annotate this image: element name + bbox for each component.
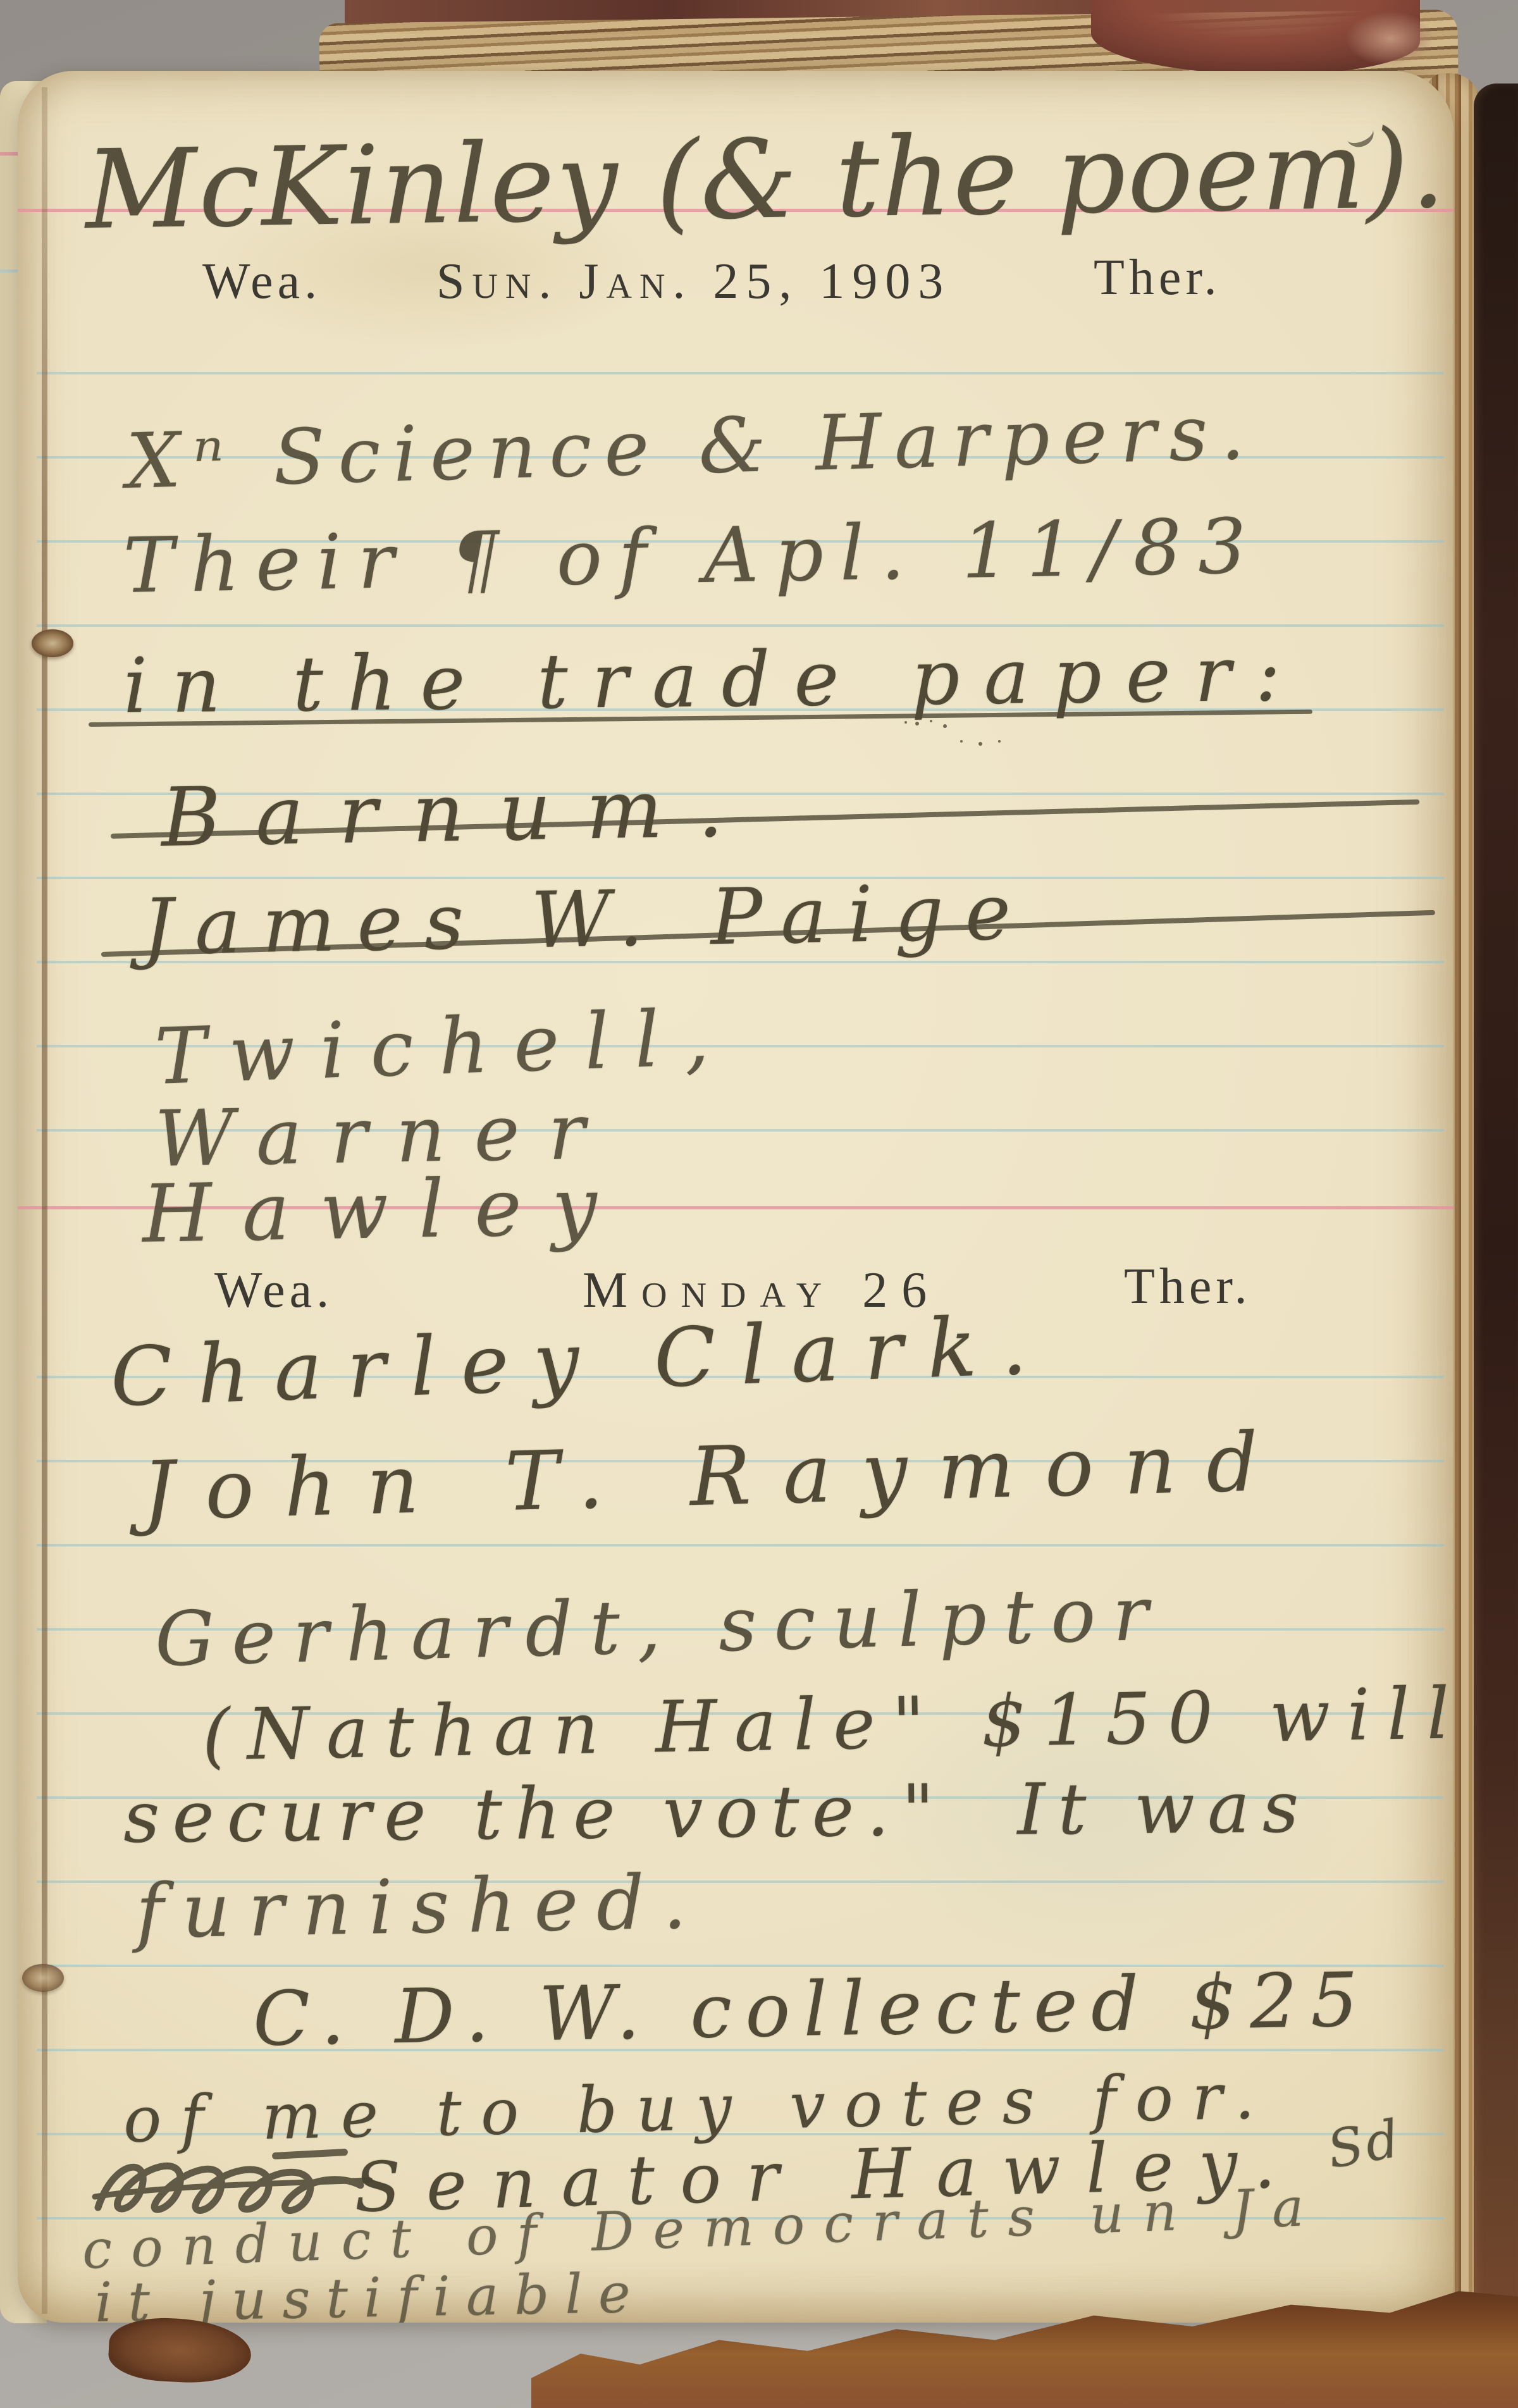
handwritten-line-justifiable: it justifiable — [94, 2266, 646, 2323]
date-heading-sunday: Sun. Jan. 25, 1903 — [436, 256, 951, 307]
leather-fuzz — [1346, 11, 1435, 66]
torn-leather-bottom-left — [108, 2315, 253, 2386]
handwritten-line-collected: C. D. W. collected $25 — [252, 1962, 1372, 2056]
handwritten-line-secure-vote: secure the vote." It was — [123, 1772, 1312, 1853]
stitch-knot — [32, 629, 73, 657]
thermometer-label-monday: Ther. — [1124, 1261, 1252, 1312]
handwritten-line-their-no: Their ¶ of Apl. 11/83 — [123, 509, 1263, 605]
handwritten-line-raymond: John T. Raymond — [141, 1422, 1289, 1533]
handwritten-line-paige: James W. Paige — [142, 873, 1033, 966]
handwritten-line-furnished: furnished. — [135, 1864, 705, 1949]
handwritten-title: McKinley (& the poem). — [85, 114, 1448, 245]
notebook-scan: Wea. Sun. Jan. 25, 1903 Ther. Wea. Monda… — [0, 0, 1518, 2408]
handwritten-line-barnum: Barnum. — [161, 768, 759, 859]
handwritten-marginalia-sd: Sd — [1324, 2113, 1405, 2176]
ruled-line-blue — [37, 1544, 1444, 1547]
ruled-line-blue — [37, 624, 1444, 627]
handwritten-line-science: Xⁿ Science & Harpers. — [125, 395, 1258, 500]
weather-label-sunday: Wea. — [202, 256, 321, 307]
scribbled-out-word — [89, 2147, 379, 2230]
handwritten-line-twichell: Twichell, — [154, 998, 736, 1096]
ruled-line-blue — [37, 372, 1444, 374]
page-content: Wea. Sun. Jan. 25, 1903 Ther. Wea. Monda… — [18, 71, 1453, 2323]
pencil-specks — [904, 721, 907, 724]
weather-label-monday: Wea. — [214, 1265, 333, 1316]
handwritten-line-hawley: Hawley — [142, 1166, 628, 1254]
stitch-knot — [22, 1964, 64, 1992]
leather-cover-right — [1474, 83, 1518, 2408]
handwritten-line-clark: Charley Clark. — [109, 1305, 1053, 1419]
handwritten-line-nathan-hale: (Nathan Hale" $150 will — [202, 1678, 1453, 1771]
thermometer-label-sunday: Ther. — [1094, 252, 1221, 303]
